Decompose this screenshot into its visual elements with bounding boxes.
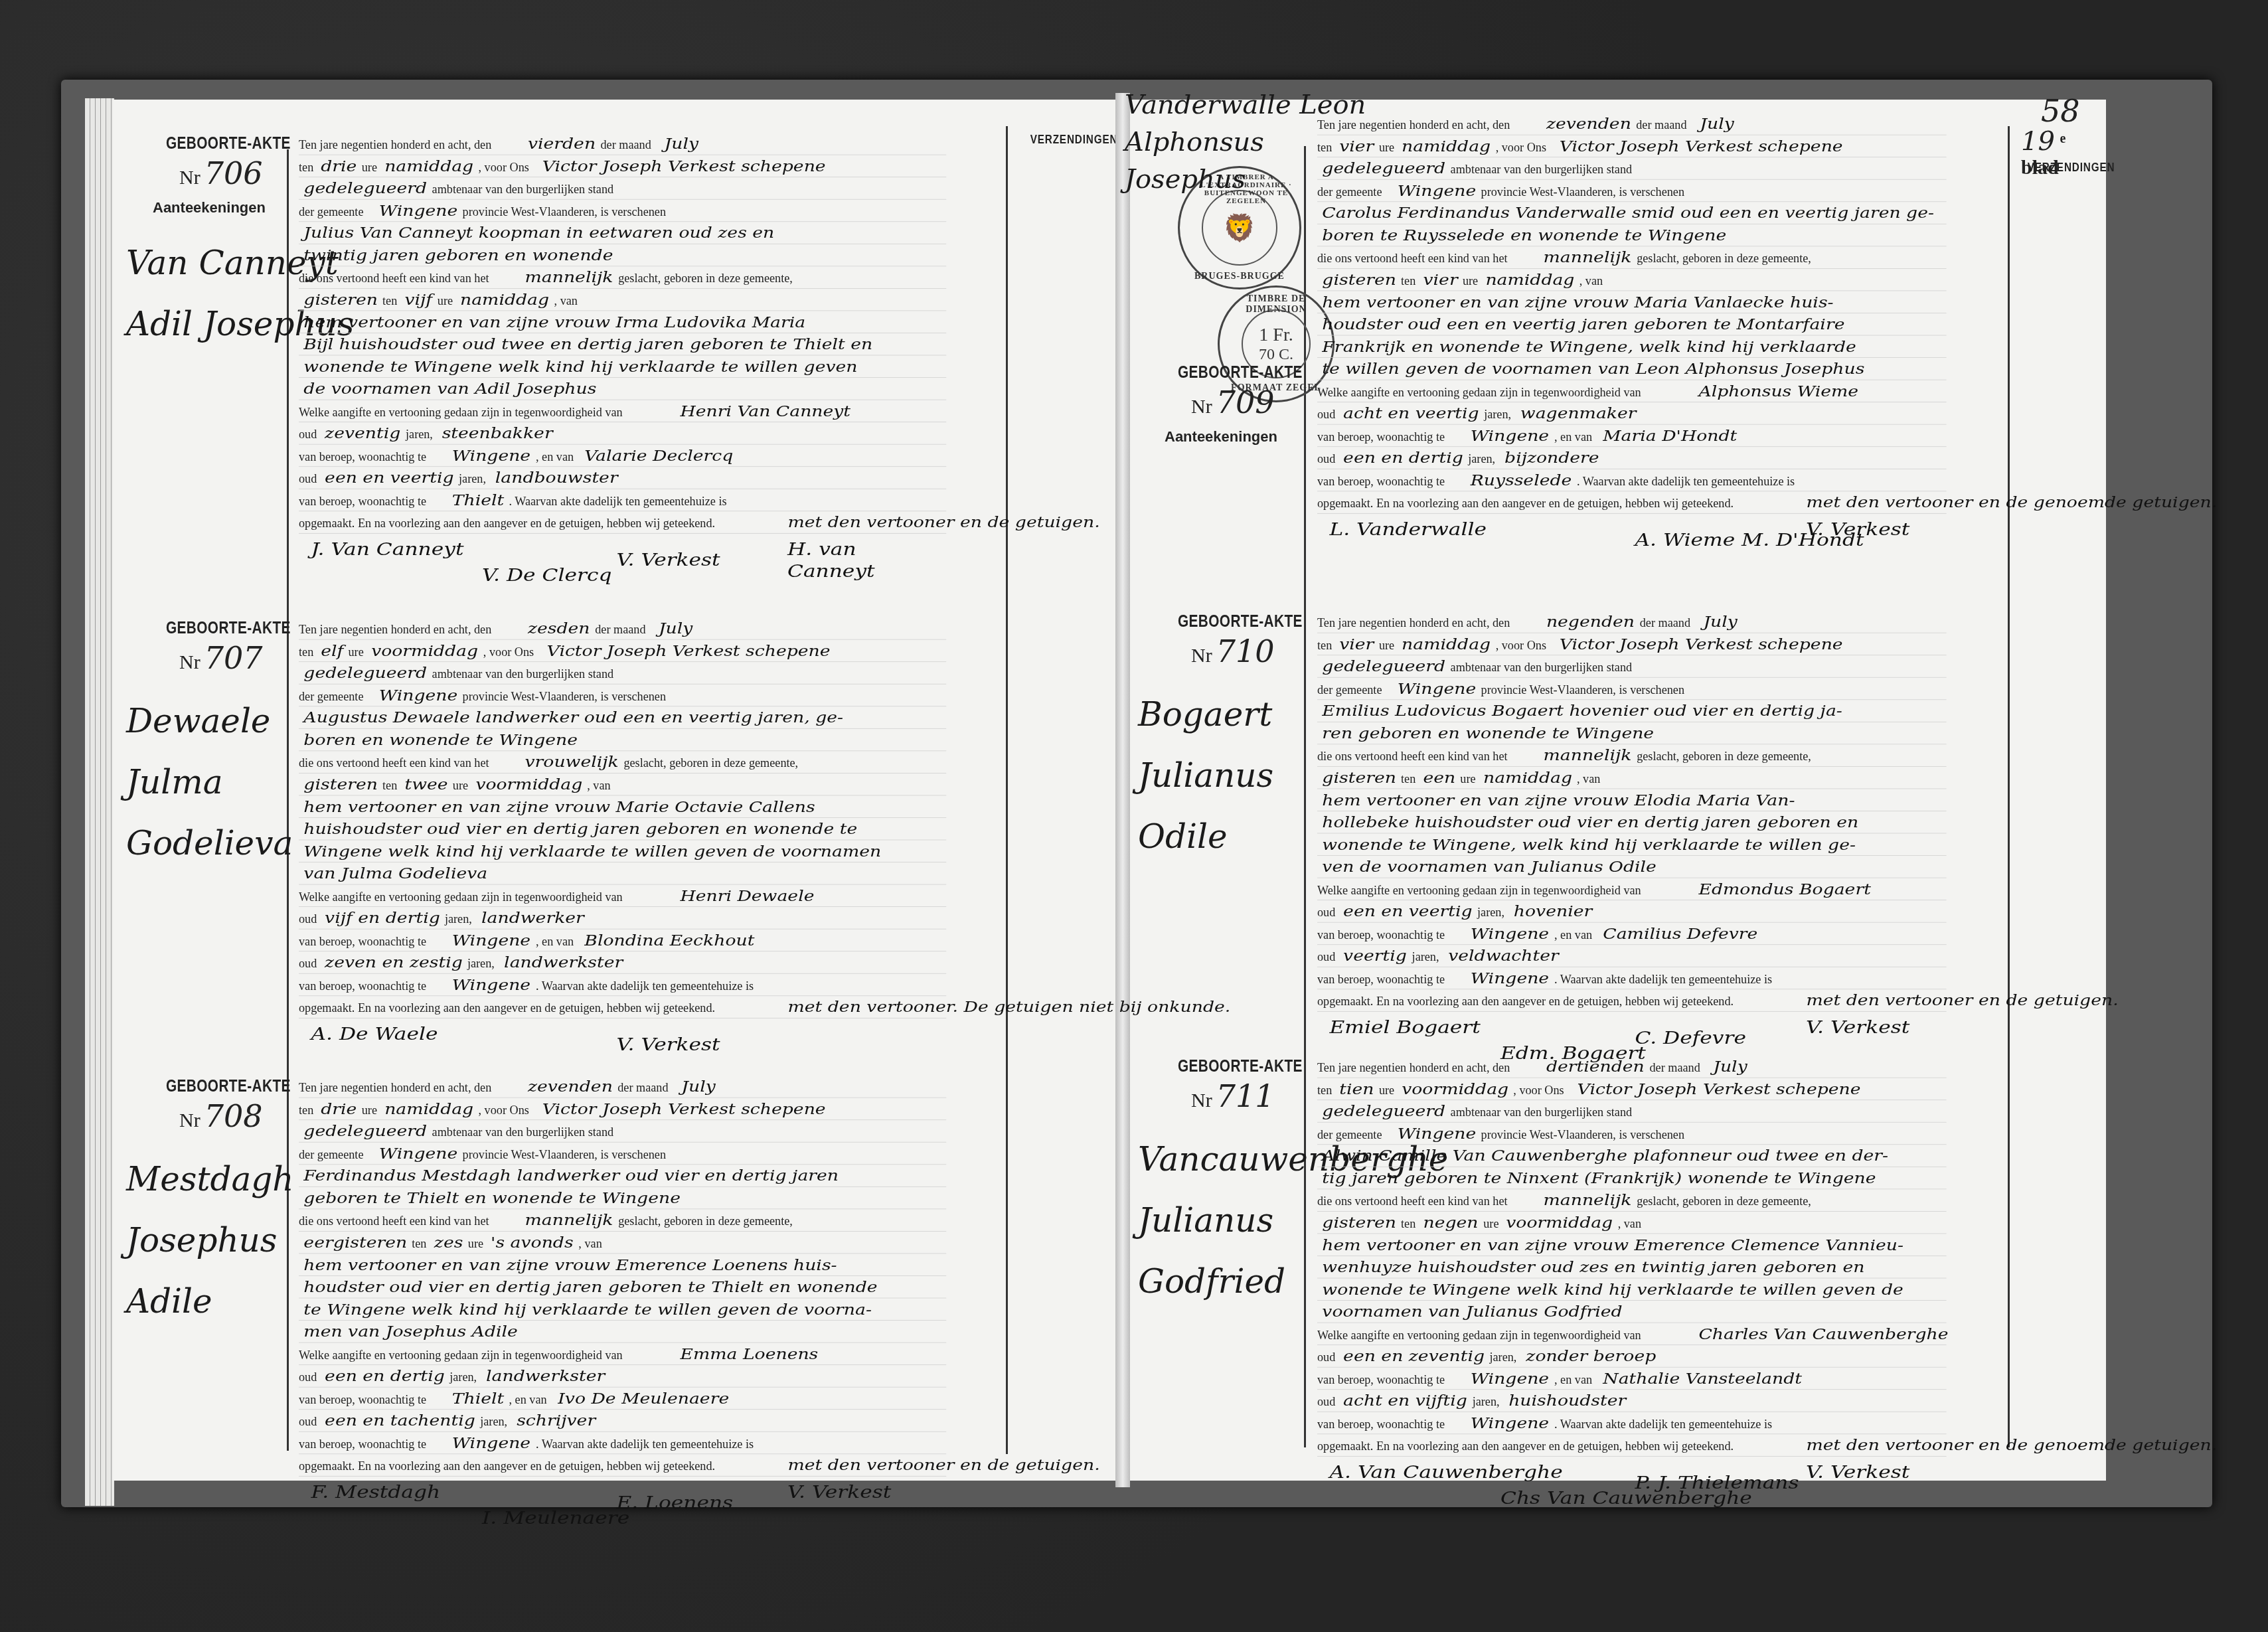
printed-text: jaren, (1412, 946, 1439, 968)
signature: E. Loenens (616, 1492, 733, 1514)
handwritten-entry: 's avonds (491, 1234, 574, 1252)
printed-text: ambtenaar van den burgerlijken stand (1450, 657, 1632, 679)
record-number: 707 (204, 640, 263, 676)
printed-text: oud (1317, 448, 1335, 470)
printed-text: jaren, (1484, 404, 1511, 426)
form-line: te willen geven de voornamen van Leon Al… (1317, 358, 1947, 380)
akte-number: Nr711 (1191, 1078, 1274, 1114)
printed-text: . Waarvan akte dadelijk ten gemeentehuiz… (536, 1433, 754, 1455)
form-line: van beroep, woonachtig teWingene, en van… (1317, 1368, 1947, 1390)
form-line: hem vertooner en van zijne vrouw Maria V… (1317, 291, 1947, 313)
handwritten-entry: Alphonsus Wieme (1698, 382, 1858, 400)
form-line: die ons vertoond heeft een kind van hetm… (1317, 246, 1947, 269)
handwritten-entry: zes (434, 1234, 463, 1252)
handwritten-entry: Ruysselede (1471, 471, 1572, 489)
form-line: gedelegueerd ambtenaar van den burgerlij… (1317, 157, 1947, 180)
form-line: van beroep, woonachtig teWingene, en van… (1317, 425, 1947, 448)
signature: L. Vanderwalle (1329, 519, 1487, 541)
printed-text: oud (1317, 404, 1335, 426)
printed-text: jaren, (1472, 1391, 1499, 1413)
signature: V. Verkest (1806, 1017, 1909, 1039)
printed-text: , en van (509, 1389, 547, 1411)
form-line: der gemeenteWingene provincie West-Vlaan… (299, 1143, 946, 1165)
form-line: oudacht en veertigjaren,wagenmaker (1317, 402, 1947, 425)
form-line: die ons vertoond heeft een kind van hetm… (299, 266, 946, 289)
annotations-label: Aanteekeningen (153, 199, 266, 216)
form-line: gisteren tenvierurenamiddag, van (1317, 269, 1947, 291)
record-number: 708 (204, 1098, 263, 1134)
form-line: Ten jare negentien honderd en acht, dend… (1317, 1056, 1947, 1078)
handwritten-entry: drie (321, 1100, 357, 1118)
handwritten-entry: voormiddag (475, 775, 582, 793)
form-line: Welke aangifte en vertooning gedaan zijn… (299, 400, 946, 422)
handwritten-entry: gedelegueerd (303, 1122, 427, 1140)
printed-text: ure (349, 641, 364, 663)
printed-text: geslacht, geboren in deze gemeente, (1637, 746, 1811, 768)
printed-text: ten (299, 641, 313, 663)
handwritten-entry: wenhuyze huishoudster oud zes en twintig… (1322, 1258, 1864, 1276)
printed-text: der maand (595, 619, 645, 641)
printed-text: ure (438, 290, 453, 312)
printed-text: provincie West-Vlaanderen, is verschenen (463, 201, 666, 223)
form-line: opgemaakt. En na voorlezing aan den aang… (299, 1454, 946, 1477)
handwritten-entry: namiddag (1485, 271, 1574, 289)
signature: I. Meulenaere (482, 1508, 629, 1530)
handwritten-entry: twee (404, 775, 447, 793)
record-form: Ten jare negentien honderd en acht, denn… (1317, 611, 1947, 1069)
handwritten-entry: geboren te Thielt en wonende te Wingene (303, 1189, 681, 1207)
form-line: houdster oud een en veertig jaren gebore… (1317, 313, 1947, 336)
printed-text: ten (299, 1100, 313, 1121)
handwritten-entry: Julius Van Canneyt koopman in eetwaren o… (303, 224, 774, 242)
handwritten-entry: wonende te Wingene, welk kind hij verkla… (1322, 836, 1856, 854)
handwritten-entry: Alwin Camille Van Cauwenberghe plafonneu… (1322, 1147, 1888, 1165)
printed-text: van beroep, woonachtig te (299, 1433, 426, 1455)
handwritten-entry: ven de voornamen van Julianus Odile (1322, 858, 1657, 876)
handwritten-entry: Wingene (1471, 427, 1550, 445)
printed-text: ten (412, 1233, 427, 1255)
form-line: oudeen en veertigjaren,hovenier (1317, 900, 1947, 923)
form-line: van beroep, woonachtig teRuysselede. Waa… (1317, 469, 1947, 492)
printed-text: der gemeente (299, 1144, 364, 1166)
handwritten-entry: Wingene (452, 932, 531, 949)
printed-text: ambtenaar van den burgerlijken stand (432, 1121, 613, 1143)
handwritten-entry: Charles Van Cauwenberghe (1698, 1325, 1948, 1343)
form-line: Emilius Ludovicus Bogaert hovenier oud v… (1317, 700, 1947, 722)
signature: V. Verkest (1806, 1462, 1909, 1484)
form-line: opgemaakt. En na voorlezing aan den aang… (1317, 1434, 1947, 1457)
handwritten-entry: Ferdinandus Mestdagh landwerker oud vier… (303, 1167, 839, 1184)
form-line: Ten jare negentien honderd en acht, denz… (299, 1076, 946, 1098)
handwritten-entry: van Julma Godelieva (303, 864, 487, 882)
printed-text: Ten jare negentien honderd en acht, den (1317, 114, 1510, 136)
printed-text: ure (1463, 270, 1478, 292)
printed-text: ure (1483, 1213, 1498, 1235)
form-line: Welke aangifte en vertooning gedaan zijn… (299, 1343, 946, 1365)
printed-text: Welke aangifte en vertooning gedaan zijn… (299, 886, 623, 908)
form-line: wonende te Wingene, welk kind hij verkla… (1317, 833, 1947, 856)
handwritten-entry: hem vertooner en van zijne vrouw Maria V… (1322, 293, 1833, 311)
form-line: twintig jaren geboren en wonende (299, 244, 946, 267)
form-line: huishoudster oud vier en dertig jaren ge… (299, 818, 946, 841)
handwritten-entry: gedelegueerd (1322, 159, 1445, 177)
form-line: gisteren tennegenurevoormiddag, van (1317, 1212, 1947, 1234)
handwritten-entry: veertig (1343, 947, 1407, 965)
handwritten-entry: acht en veertig (1343, 404, 1479, 422)
printed-text: , voor Ons (479, 157, 529, 179)
margin-name-line: Mestdagh (126, 1149, 294, 1210)
printed-text: opgemaakt. En na voorlezing aan den aang… (1317, 1436, 1734, 1458)
handwritten-entry: bijzondere (1504, 449, 1599, 467)
akte-number: Nr709 (1191, 384, 1274, 420)
handwritten-entry: negen (1423, 1214, 1478, 1232)
record-number: 710 (1216, 633, 1275, 669)
form-line: hollebeke huishoudster oud vier en derti… (1317, 811, 1947, 834)
handwritten-entry: Emilius Ludovicus Bogaert hovenier oud v… (1322, 702, 1842, 720)
form-line: oudeen en dertigjaren,bijzondere (1317, 447, 1947, 469)
handwritten-entry: Wingene (379, 1145, 458, 1163)
printed-text: geslacht, geboren in deze gemeente, (618, 1211, 793, 1233)
printed-text: , van (1579, 270, 1603, 292)
handwritten-entry: Wingene (1471, 1414, 1550, 1432)
handwritten-entry: namiddag (1402, 635, 1491, 653)
handwritten-entry: Wingene (1471, 925, 1550, 943)
signatures: L. VanderwalleA. Wieme M. D'HondtV. Verk… (1317, 514, 1947, 571)
margin-name: MestdaghJosephusAdile (126, 1149, 294, 1332)
handwritten-entry: hem vertooner en van zijne vrouw Emerenc… (1322, 1236, 1903, 1254)
handwritten-entry: Wingene (1398, 1125, 1477, 1143)
record-number: 711 (1216, 1078, 1275, 1114)
handwritten-entry: zesden (528, 619, 590, 637)
handwritten-entry: veldwachter (1448, 947, 1559, 965)
printed-text: ten (382, 775, 397, 797)
form-line: der gemeenteWingene provincie West-Vlaan… (1317, 1123, 1947, 1145)
handwritten-entry: twintig jaren geboren en wonende (303, 246, 613, 264)
signature: V. Verkest (1806, 519, 1909, 541)
form-line: Welke aangifte en vertooning gedaan zijn… (1317, 878, 1947, 900)
handwritten-entry: acht en vijftig (1343, 1392, 1467, 1410)
printed-text: , van (1618, 1213, 1641, 1235)
printed-text: ambtenaar van den burgerlijken stand (1450, 159, 1632, 181)
printed-text: die ons vertoond heeft een kind van het (299, 1211, 489, 1233)
number-prefix: Nr (1191, 645, 1212, 667)
printed-text: , van (554, 290, 577, 312)
form-line: oudeen en dertigjaren,landwerkster (299, 1365, 946, 1388)
printed-text: oud (1317, 1391, 1335, 1413)
record-form: Ten jare negentien honderd en acht, denv… (299, 133, 946, 591)
printed-text: oud (299, 1411, 317, 1433)
printed-text: die ons vertoond heeft een kind van het (1317, 248, 1508, 270)
handwritten-entry: boren en wonende te Wingene (303, 731, 578, 749)
form-line: oudeen en tachentigjaren,schrijver (299, 1410, 946, 1432)
form-line: te Wingene welk kind hij verklaarde te w… (299, 1298, 946, 1321)
handwritten-entry: hovenier (1514, 902, 1592, 920)
handwritten-entry: te willen geven de voornamen van Leon Al… (1322, 360, 1864, 378)
form-line: Alwin Camille Van Cauwenberghe plafonneu… (1317, 1145, 1947, 1167)
handwritten-entry: July (665, 135, 698, 153)
printed-text: . Waarvan akte dadelijk ten gemeentehuiz… (1554, 969, 1772, 991)
printed-text: provincie West-Vlaanderen, is verschenen (1481, 181, 1684, 203)
margin-name-line: Godelieva (126, 813, 293, 874)
margin-name-line: Julma (126, 752, 293, 813)
printed-text: . Waarvan akte dadelijk ten gemeentehuiz… (509, 491, 727, 513)
handwritten-entry: houdster oud een en veertig jaren gebore… (1322, 315, 1844, 333)
number-prefix: Nr (179, 167, 201, 189)
printed-text: , en van (536, 931, 574, 953)
handwritten-entry: Thielt (452, 1390, 505, 1408)
printed-text: van beroep, woonachtig te (1317, 924, 1445, 946)
form-line: van Julma Godelieva (299, 862, 946, 885)
verzendingen-label: VERZENDINGEN (2028, 161, 2115, 175)
form-line: oudacht en vijftigjaren,huishoudster (1317, 1390, 1947, 1412)
form-line: opgemaakt. En na voorlezing aan den aang… (1317, 491, 1947, 514)
handwritten-entry: July (1700, 115, 1734, 133)
form-line: geboren te Thielt en wonende te Wingene (299, 1187, 946, 1210)
printed-text: jaren, (467, 953, 495, 975)
printed-text: Ten jare negentien honderd en acht, den (299, 134, 491, 156)
printed-text: van beroep, woonachtig te (299, 975, 426, 997)
form-line: van beroep, woonachtig teWingene. Waarva… (1317, 967, 1947, 990)
form-line: gedelegueerd ambtenaar van den burgerlij… (299, 1120, 946, 1143)
form-line: Augustus Dewaele landwerker oud een en v… (299, 706, 946, 729)
handwritten-entry: Victor Joseph Verkest schepene (1560, 635, 1843, 653)
handwritten-entry: huishoudster oud vier en dertig jaren ge… (303, 820, 857, 838)
printed-text: oud (1317, 902, 1335, 924)
printed-text: Ten jare negentien honderd en acht, den (299, 619, 491, 641)
form-line: opgemaakt. En na voorlezing aan den aang… (299, 511, 946, 534)
handwritten-entry: tig jaren geboren te Ninxent (Frankrijk)… (1322, 1169, 1876, 1187)
verzendingen-label: VERZENDINGEN (1030, 133, 1118, 147)
form-line: die ons vertoond heeft een kind van hetv… (299, 751, 946, 774)
printed-text: van beroep, woonachtig te (1317, 471, 1445, 493)
handwritten-entry: hem vertooner en van zijne vrouw Emerenc… (303, 1256, 837, 1273)
printed-text: der gemeente (299, 201, 364, 223)
form-line: houdster oud vier en dertig jaren gebore… (299, 1276, 946, 1299)
handwritten-entry: zevenden (528, 1078, 613, 1096)
handwritten-entry: vierden (528, 135, 596, 153)
printed-text: van beroep, woonachtig te (299, 931, 426, 953)
printed-text: . Waarvan akte dadelijk ten gemeentehuiz… (1554, 1414, 1772, 1435)
printed-text: geslacht, geboren in deze gemeente, (623, 753, 798, 775)
handwritten-entry: vijf en dertig (325, 909, 440, 927)
printed-text: jaren, (1477, 902, 1504, 924)
number-prefix: Nr (1191, 1090, 1212, 1111)
printed-text: jaren, (1489, 1346, 1516, 1368)
form-line: Julius Van Canneyt koopman in eetwaren o… (299, 222, 946, 244)
number-prefix: Nr (1191, 396, 1212, 418)
printed-text: , voor Ons (1496, 137, 1546, 159)
handwritten-entry: een en tachentig (325, 1412, 475, 1429)
printed-text: ambtenaar van den burgerlijken stand (1450, 1102, 1632, 1123)
form-line: gedelegueerd ambtenaar van den burgerlij… (299, 662, 946, 685)
form-line: gedelegueerd ambtenaar van den burgerlij… (1317, 655, 1947, 678)
printed-text: der gemeente (1317, 679, 1382, 701)
handwritten-entry: gisteren (1322, 1214, 1396, 1232)
handwritten-entry: een en veertig (1343, 902, 1472, 920)
form-line: oudeen en veertigjaren,landbouwster (299, 467, 946, 489)
handwritten-entry: hem vertooner en van zijne vrouw Irma Lu… (303, 313, 805, 331)
printed-text: ure (1379, 635, 1394, 657)
printed-text: . Waarvan akte dadelijk ten gemeentehuiz… (1577, 471, 1795, 493)
signatures: F. MestdaghE. LoenensV. VerkestI. Meulen… (299, 1477, 946, 1534)
margin-name-line: Odile (1138, 806, 1273, 867)
handwritten-entry: Victor Joseph Verkest schepene (547, 642, 831, 660)
printed-text: ten (1317, 1080, 1332, 1102)
form-line: die ons vertoond heeft een kind van hetm… (1317, 744, 1947, 767)
margin-name: DewaeleJulmaGodelieva (126, 691, 293, 874)
handwritten-entry: elf (321, 642, 343, 660)
printed-text: die ons vertoond heeft een kind van het (299, 268, 489, 290)
form-line: die ons vertoond heeft een kind van hetm… (1317, 1189, 1947, 1212)
handwritten-entry: Valarie Declercq (584, 447, 733, 465)
printed-text: ten (1317, 635, 1332, 657)
handwritten-entry: hollebeke huishoudster oud vier en derti… (1322, 813, 1858, 831)
printed-text: opgemaakt. En na voorlezing aan den aang… (299, 513, 715, 535)
form-line: van beroep, woonachtig teWingene. Waarva… (299, 974, 946, 997)
form-line: gisteren teneenurenamiddag, van (1317, 767, 1947, 789)
handwritten-entry: dertienden (1546, 1058, 1645, 1076)
printed-text: Ten jare negentien honderd en acht, den (1317, 1057, 1510, 1079)
printed-text: , en van (1554, 1369, 1592, 1391)
form-line: van beroep, woonachtig teWingene, en van… (1317, 923, 1947, 945)
handwritten-entry: tien (1339, 1080, 1374, 1098)
printed-text: provincie West-Vlaanderen, is verschenen (1481, 679, 1684, 701)
printed-text: oud (299, 424, 317, 446)
handwritten-entry: met den vertooner en de getuigen. (788, 513, 1100, 531)
form-line: hem vertooner en van zijne vrouw Emerenc… (299, 1254, 946, 1276)
printed-text: ure (362, 157, 377, 179)
form-line: van beroep, woonachtig teThielt, en vanI… (299, 1388, 946, 1410)
printed-text: Welke aangifte en vertooning gedaan zijn… (1317, 1325, 1641, 1346)
handwritten-entry: landwerkster (504, 953, 623, 971)
akte-number: Nr707 (179, 640, 262, 676)
record-number: 706 (204, 155, 263, 191)
handwritten-entry: Wingene (1398, 680, 1477, 698)
handwritten-entry: mannelijk (1544, 746, 1632, 764)
handwritten-entry: Wingene (1471, 969, 1550, 987)
handwritten-entry: de voornamen van Adil Josephus (303, 380, 596, 398)
handwritten-entry: gedelegueerd (1322, 657, 1445, 675)
form-line: ren geboren en wonende te Wingene (1317, 722, 1947, 745)
handwritten-entry: een en dertig (325, 1367, 445, 1385)
handwritten-entry: schrijver (517, 1412, 596, 1429)
form-line: oudvijf en dertigjaren,landwerker (299, 907, 946, 930)
form-line: Ten jare negentien honderd en acht, denz… (299, 617, 946, 640)
printed-text: , van (578, 1233, 602, 1255)
handwritten-entry: July (681, 1078, 715, 1096)
handwritten-entry: landwerker (481, 909, 584, 927)
form-line: Frankrijk en wonende te Wingene, welk ki… (1317, 335, 1947, 358)
handwritten-entry: Ivo De Meulenaere (558, 1390, 729, 1408)
form-line: oudzeventigjaren,steenbakker (299, 422, 946, 445)
printed-text: oud (299, 908, 317, 930)
form-line: opgemaakt. En na voorlezing aan den aang… (1317, 989, 1947, 1012)
printed-text: , voor Ons (1513, 1080, 1564, 1102)
handwritten-entry: Victor Joseph Verkest schepene (542, 157, 826, 175)
printed-text: Ten jare negentien honderd en acht, den (299, 1077, 491, 1099)
signature: V. Verkest (616, 549, 720, 571)
margin-name-line: Adile (126, 1271, 294, 1332)
printed-text: , van (588, 775, 611, 797)
handwritten-entry: Thielt (452, 491, 505, 509)
handwritten-entry: Wingene welk kind hij verklaarde te will… (303, 843, 881, 860)
printed-text: Welke aangifte en vertooning gedaan zijn… (1317, 880, 1641, 902)
printed-text: ten (1401, 270, 1416, 292)
printed-text: der gemeente (1317, 181, 1382, 203)
form-line: gedelegueerd ambtenaar van den burgerlij… (1317, 1100, 1947, 1123)
form-line: der gemeenteWingene provincie West-Vlaan… (299, 685, 946, 707)
printed-text: die ons vertoond heeft een kind van het (299, 753, 489, 775)
handwritten-entry: Bijl huishoudster oud twee en dertig jar… (303, 335, 872, 353)
signature: V. De Clercq (482, 565, 611, 587)
handwritten-entry: drie (321, 157, 357, 175)
signature: V. Verkest (787, 1482, 891, 1504)
printed-text: opgemaakt. En na voorlezing aan den aang… (1317, 991, 1734, 1013)
handwritten-entry: gedelegueerd (303, 179, 427, 197)
printed-text: jaren, (445, 908, 472, 930)
akte-number: Nr710 (1191, 633, 1274, 669)
margin-name-line: Josephus (126, 1210, 294, 1271)
printed-text: der maand (600, 134, 651, 156)
handwritten-entry: voormiddag (1402, 1080, 1508, 1098)
form-line: wenhuyze huishoudster oud zes en twintig… (1317, 1256, 1947, 1279)
printed-text: van beroep, woonachtig te (299, 491, 426, 513)
handwritten-entry: Wingene (452, 447, 531, 465)
book-gutter (1115, 93, 1130, 1487)
handwritten-entry: een en zeventig (1343, 1347, 1485, 1365)
signature: V. Verkest (616, 1034, 720, 1056)
signature: J. Van Canneyt (311, 539, 463, 561)
handwritten-entry: July (1713, 1058, 1747, 1076)
form-line: Welke aangifte en vertooning gedaan zijn… (299, 884, 946, 907)
number-prefix: Nr (179, 1109, 201, 1131)
printed-text: ten (1317, 137, 1332, 159)
printed-text: van beroep, woonachtig te (1317, 1369, 1445, 1391)
handwritten-entry: vrouwelijk (525, 753, 619, 771)
printed-text: jaren, (459, 468, 486, 490)
form-line: gedelegueerd ambtenaar van den burgerlij… (299, 177, 946, 200)
handwritten-entry: mannelijk (525, 268, 613, 286)
printed-text: provincie West-Vlaanderen, is verschenen (463, 686, 666, 708)
handwritten-entry: Victor Joseph Verkest schepene (1560, 137, 1843, 155)
handwritten-entry: gedelegueerd (303, 664, 427, 682)
handwritten-entry: landwerkster (486, 1367, 605, 1385)
handwritten-entry: steenbakker (442, 424, 553, 442)
margin-name-line: Julianus (1138, 745, 1273, 806)
handwritten-entry: July (1703, 613, 1737, 631)
handwritten-entry: huishoudster (1508, 1392, 1626, 1410)
printed-text: van beroep, woonachtig te (299, 446, 426, 468)
annotations-label: Aanteekeningen (1165, 428, 1277, 446)
handwritten-entry: Camilius Defevre (1603, 925, 1757, 943)
form-line: tenvierurenamiddag, voor OnsVictor Josep… (1317, 135, 1947, 158)
form-line: die ons vertoond heeft een kind van hetm… (299, 1209, 946, 1232)
form-line: van beroep, woonachtig teWingene. Waarva… (1317, 1412, 1947, 1435)
printed-text: oud (1317, 1346, 1335, 1368)
form-line: van beroep, woonachtig teWingene, en van… (299, 445, 946, 467)
printed-text: die ons vertoond heeft een kind van het (1317, 1191, 1508, 1213)
form-line: Wingene welk kind hij verklaarde te will… (299, 840, 946, 862)
akte-label: GEBOORTE-AKTE (166, 1076, 291, 1096)
handwritten-entry: een (1423, 769, 1455, 787)
handwritten-entry: Emma Loenens (680, 1345, 818, 1363)
printed-text: Welke aangifte en vertooning gedaan zijn… (299, 402, 623, 424)
printed-text: van beroep, woonachtig te (1317, 426, 1445, 448)
handwritten-entry: voornamen van Julianus Godfried (1322, 1303, 1622, 1321)
form-line: voornamen van Julianus Godfried (1317, 1301, 1947, 1323)
form-line: opgemaakt. En na voorlezing aan den aang… (299, 996, 946, 1019)
form-line: de voornamen van Adil Josephus (299, 378, 946, 400)
